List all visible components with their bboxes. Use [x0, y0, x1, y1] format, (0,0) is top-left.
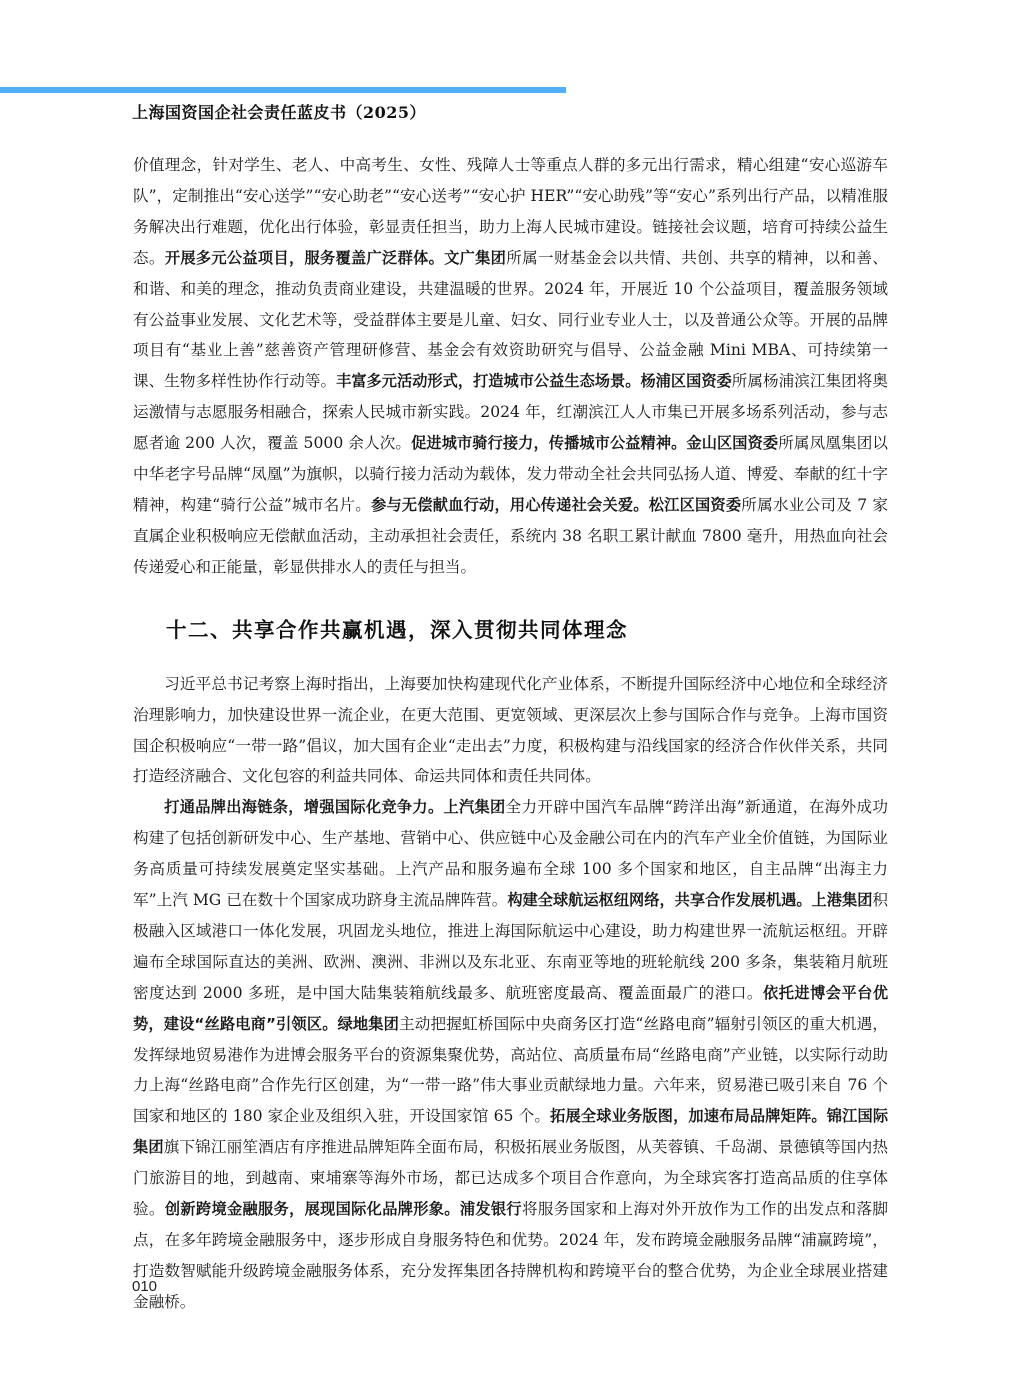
- paragraph-cases: 打通品牌出海链条，增强国际化竞争力。上汽集团全力开辟中国汽车品牌“跨洋出海”新通…: [133, 792, 888, 1317]
- bold-lead-text: 创新跨境金融服务，展现国际化品牌形象。浦发银行: [165, 1200, 522, 1218]
- bold-lead-text: 丰富多元活动形式，打造城市公益生态场景。杨浦区国资委: [336, 372, 732, 390]
- body-text: 所属一财基金会以共情、共创、共享的精神，以和善、和谐、和美的理念，推动负责商业建…: [133, 249, 888, 391]
- section-heading: 十二、共享合作共赢机遇，深入贯彻共同体理念: [166, 613, 888, 643]
- running-title: 上海国资国企社会责任蓝皮书（2025）: [132, 100, 426, 123]
- bold-lead-text: 开展多元公益项目，服务覆盖广泛群体。文广集团: [165, 249, 506, 267]
- paragraph-intro: 习近平总书记考察上海时指出，上海要加快构建现代化产业体系，不断提升国际经济中心地…: [133, 669, 888, 793]
- body-text: 习近平总书记考察上海时指出，上海要加快构建现代化产业体系，不断提升国际经济中心地…: [133, 675, 888, 786]
- page-number: 010: [132, 1278, 157, 1295]
- paragraph-continued: 价值理念，针对学生、老人、中高考生、女性、残障人士等重点人群的多元出行需求，精心…: [133, 150, 888, 583]
- bold-lead-text: 构建全球航运枢纽网络，共享合作发展机遇。上港集团: [507, 891, 872, 909]
- page-body: 价值理念，针对学生、老人、中高考生、女性、残障人士等重点人群的多元出行需求，精心…: [133, 150, 888, 1318]
- header-accent-bar: [0, 87, 566, 93]
- bold-lead-text: 参与无偿献血行动，用心传递社会关爱。松江区国资委: [371, 496, 741, 514]
- bold-lead-text: 促进城市骑行接力，传播城市公益精神。金山区国资委: [411, 434, 778, 452]
- bold-lead-text: 打通品牌出海链条，增强国际化竞争力。上汽集团: [164, 798, 505, 816]
